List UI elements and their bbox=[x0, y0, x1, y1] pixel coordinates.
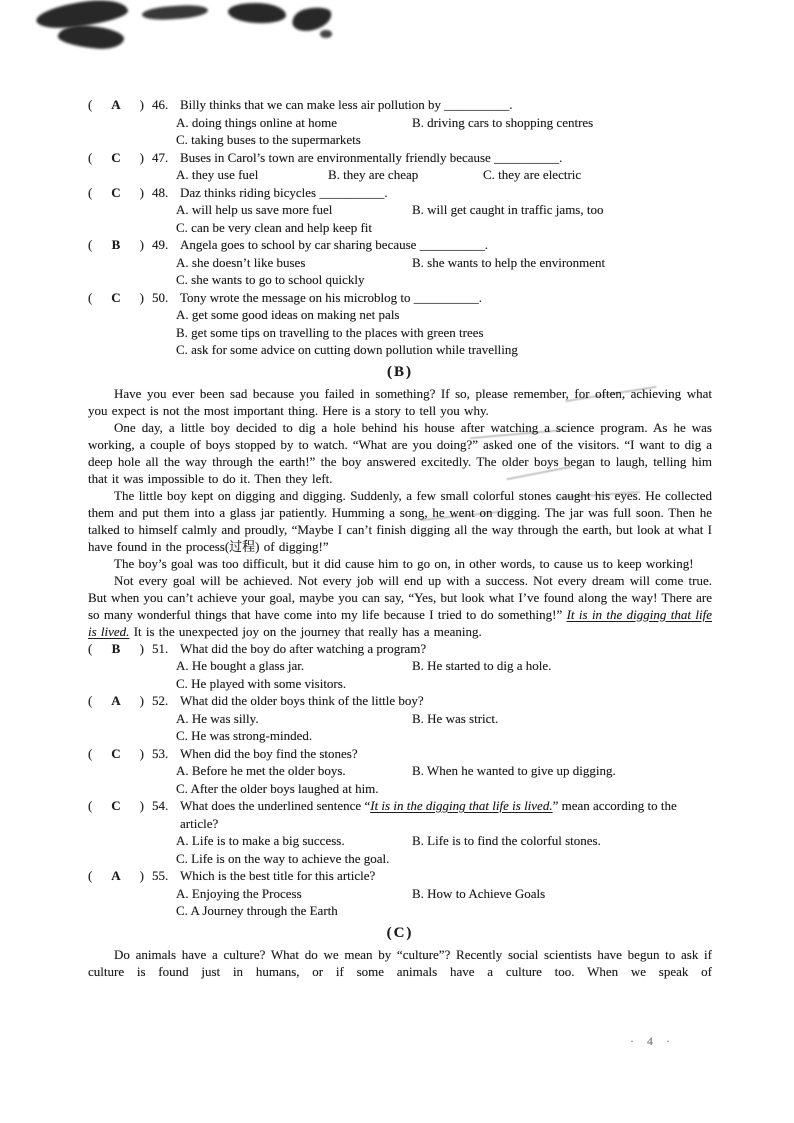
option-b: B. When he wanted to give up digging. bbox=[412, 762, 616, 780]
answer-bracket-open-icon: ( bbox=[88, 867, 92, 885]
page-number: · 4 · bbox=[630, 1034, 675, 1049]
options-row: C. He was strong-minded. bbox=[88, 727, 712, 745]
question-head: (B) 49. Angela goes to school by car sha… bbox=[88, 236, 712, 254]
answer-mark: (C) bbox=[88, 289, 144, 307]
options-row: C. A Journey through the Earth bbox=[88, 902, 712, 920]
answer-bracket-close-icon: ) bbox=[140, 149, 144, 167]
option-c: C. taking buses to the supermarkets bbox=[176, 131, 361, 149]
options-row: C. she wants to go to school quickly bbox=[88, 271, 712, 289]
answer-mark: (C) bbox=[88, 745, 144, 763]
answer-bracket-close-icon: ) bbox=[140, 867, 144, 885]
answer-letter: C bbox=[111, 745, 120, 763]
answer-letter: B bbox=[112, 640, 121, 658]
stem-text: What does the underlined sentence “ bbox=[180, 798, 370, 813]
option-c: C. Life is on the way to achieve the goa… bbox=[176, 850, 389, 868]
passage-c-title: (C) bbox=[88, 922, 712, 944]
answer-mark: (C) bbox=[88, 797, 144, 832]
exam-content: (A) 46. Billy thinks that we can make le… bbox=[88, 96, 712, 980]
option-a: A. Before he met the older boys. bbox=[176, 762, 412, 780]
option-c: C. He was strong-minded. bbox=[176, 727, 312, 745]
answer-bracket-close-icon: ) bbox=[140, 745, 144, 763]
question-number: 47. bbox=[152, 149, 180, 167]
question-head: (A) 46. Billy thinks that we can make le… bbox=[88, 96, 712, 114]
question-number: 50. bbox=[152, 289, 180, 307]
answer-bracket-close-icon: ) bbox=[140, 289, 144, 307]
answer-bracket-open-icon: ( bbox=[88, 640, 92, 658]
question-head: (C) 53. When did the boy find the stones… bbox=[88, 745, 712, 763]
ink-smudge bbox=[142, 4, 209, 22]
underlined-sentence: It is in the digging that life is lived. bbox=[370, 798, 552, 813]
question-head: (C) 54. What does the underlined sentenc… bbox=[88, 797, 712, 832]
option-b: B. He started to dig a hole. bbox=[412, 657, 551, 675]
question-head: (A) 52. What did the older boys think of… bbox=[88, 692, 712, 710]
question-number: 51. bbox=[152, 640, 180, 658]
question-stem: When did the boy find the stones? bbox=[180, 745, 712, 763]
answer-bracket-close-icon: ) bbox=[140, 236, 144, 254]
option-c: C. they are electric bbox=[483, 166, 581, 184]
options-row: C. ask for some advice on cutting down p… bbox=[88, 341, 712, 359]
option-c: C. He played with some visitors. bbox=[176, 675, 346, 693]
option-c: C. can be very clean and help keep fit bbox=[176, 219, 372, 237]
question-head: (C) 47. Buses in Carol’s town are enviro… bbox=[88, 149, 712, 167]
option-b: B. get some tips on travelling to the pl… bbox=[176, 324, 484, 342]
option-a: A. Life is to make a big success. bbox=[176, 832, 412, 850]
question-46: (A) 46. Billy thinks that we can make le… bbox=[88, 96, 712, 149]
options-row: C. Life is on the way to achieve the goa… bbox=[88, 850, 712, 868]
answer-letter: B bbox=[112, 236, 121, 254]
passage-b-title: (B) bbox=[88, 361, 712, 383]
option-b: B. How to Achieve Goals bbox=[412, 885, 545, 903]
passage-b-paragraph-5: Not every goal will be achieved. Not eve… bbox=[88, 572, 712, 640]
passage-b-paragraph-2: One day, a little boy decided to dig a h… bbox=[88, 419, 712, 487]
option-a: A. doing things online at home bbox=[176, 114, 412, 132]
answer-mark: (A) bbox=[88, 692, 144, 710]
question-number: 55. bbox=[152, 867, 180, 885]
option-b: B. they are cheap bbox=[328, 166, 483, 184]
question-number: 46. bbox=[152, 96, 180, 114]
answer-bracket-open-icon: ( bbox=[88, 236, 92, 254]
question-53: (C) 53. When did the boy find the stones… bbox=[88, 745, 712, 798]
options-row: C. can be very clean and help keep fit bbox=[88, 219, 712, 237]
options-row: C. He played with some visitors. bbox=[88, 675, 712, 693]
options-row: A. they use fuel B. they are cheap C. th… bbox=[88, 166, 712, 184]
question-50: (C) 50. Tony wrote the message on his mi… bbox=[88, 289, 712, 359]
options-row: C. taking buses to the supermarkets bbox=[88, 131, 712, 149]
answer-mark: (C) bbox=[88, 149, 144, 167]
scanned-exam-page: { "marks": { "lp": "(", "rp": ")" }, "pa… bbox=[0, 0, 794, 1123]
ink-smudge bbox=[228, 1, 287, 24]
passage-c-paragraph-1: Do animals have a culture? What do we me… bbox=[88, 946, 712, 980]
answer-letter: A bbox=[111, 692, 120, 710]
option-a: A. get some good ideas on making net pal… bbox=[176, 306, 400, 324]
answer-bracket-open-icon: ( bbox=[88, 96, 92, 114]
question-head: (A) 55. Which is the best title for this… bbox=[88, 867, 712, 885]
answer-bracket-close-icon: ) bbox=[140, 640, 144, 658]
answer-mark: (C) bbox=[88, 184, 144, 202]
passage-b-paragraph-1: Have you ever been sad because you faile… bbox=[88, 385, 712, 419]
option-a: A. He bought a glass jar. bbox=[176, 657, 412, 675]
option-c: C. ask for some advice on cutting down p… bbox=[176, 341, 518, 359]
answer-mark: (A) bbox=[88, 96, 144, 114]
answer-mark: (B) bbox=[88, 236, 144, 254]
question-number: 54. bbox=[152, 797, 180, 832]
answer-bracket-close-icon: ) bbox=[140, 96, 144, 114]
passage-b-paragraph-4: The boy’s goal was too difficult, but it… bbox=[88, 555, 712, 572]
question-head: (C) 50. Tony wrote the message on his mi… bbox=[88, 289, 712, 307]
option-a: A. she doesn’t like buses bbox=[176, 254, 412, 272]
options-row: A. Life is to make a big success. B. Lif… bbox=[88, 832, 712, 850]
answer-letter: C bbox=[111, 184, 120, 202]
ink-smudge bbox=[57, 23, 125, 51]
option-b: B. she wants to help the environment bbox=[412, 254, 605, 272]
answer-bracket-open-icon: ( bbox=[88, 797, 92, 832]
answer-letter: C bbox=[111, 797, 120, 832]
answer-bracket-close-icon: ) bbox=[140, 692, 144, 710]
options-row: A. Before he met the older boys. B. When… bbox=[88, 762, 712, 780]
option-b: B. driving cars to shopping centres bbox=[412, 114, 593, 132]
question-stem: Daz thinks riding bicycles __________. bbox=[180, 184, 712, 202]
question-stem: What did the older boys think of the lit… bbox=[180, 692, 712, 710]
options-row: A. Enjoying the Process B. How to Achiev… bbox=[88, 885, 712, 903]
question-stem: Which is the best title for this article… bbox=[180, 867, 712, 885]
option-a: A. He was silly. bbox=[176, 710, 412, 728]
question-head: (B) 51. What did the boy do after watchi… bbox=[88, 640, 712, 658]
options-row: A. she doesn’t like buses B. she wants t… bbox=[88, 254, 712, 272]
question-48: (C) 48. Daz thinks riding bicycles _____… bbox=[88, 184, 712, 237]
question-stem: What did the boy do after watching a pro… bbox=[180, 640, 712, 658]
answer-mark: (A) bbox=[88, 867, 144, 885]
answer-letter: C bbox=[111, 149, 120, 167]
answer-letter: A bbox=[111, 96, 120, 114]
option-a: A. they use fuel bbox=[176, 166, 328, 184]
option-a: A. will help us save more fuel bbox=[176, 201, 412, 219]
question-stem: Angela goes to school by car sharing bec… bbox=[180, 236, 712, 254]
question-54: (C) 54. What does the underlined sentenc… bbox=[88, 797, 712, 867]
answer-letter: A bbox=[111, 867, 120, 885]
option-c: C. she wants to go to school quickly bbox=[176, 271, 365, 289]
question-52: (A) 52. What did the older boys think of… bbox=[88, 692, 712, 745]
options-row: B. get some tips on travelling to the pl… bbox=[88, 324, 712, 342]
question-number: 48. bbox=[152, 184, 180, 202]
answer-bracket-close-icon: ) bbox=[140, 797, 144, 832]
passage-b-paragraph-3: The little boy kept on digging and diggi… bbox=[88, 487, 712, 555]
options-row: A. will help us save more fuel B. will g… bbox=[88, 201, 712, 219]
question-51: (B) 51. What did the boy do after watchi… bbox=[88, 640, 712, 693]
options-row: A. doing things online at home B. drivin… bbox=[88, 114, 712, 132]
answer-mark: (B) bbox=[88, 640, 144, 658]
question-stem: Tony wrote the message on his microblog … bbox=[180, 289, 712, 307]
options-row: A. He was silly. B. He was strict. bbox=[88, 710, 712, 728]
answer-bracket-close-icon: ) bbox=[140, 184, 144, 202]
option-b: B. Life is to find the colorful stones. bbox=[412, 832, 601, 850]
answer-bracket-open-icon: ( bbox=[88, 745, 92, 763]
answer-bracket-open-icon: ( bbox=[88, 692, 92, 710]
question-head: (C) 48. Daz thinks riding bicycles _____… bbox=[88, 184, 712, 202]
option-b: B. will get caught in traffic jams, too bbox=[412, 201, 603, 219]
answer-bracket-open-icon: ( bbox=[88, 184, 92, 202]
question-49: (B) 49. Angela goes to school by car sha… bbox=[88, 236, 712, 289]
question-stem: What does the underlined sentence “It is… bbox=[180, 797, 712, 832]
question-number: 49. bbox=[152, 236, 180, 254]
option-c: C. After the older boys laughed at him. bbox=[176, 780, 379, 798]
paragraph-text: It is the unexpected joy on the journey … bbox=[129, 624, 481, 639]
answer-bracket-open-icon: ( bbox=[88, 149, 92, 167]
option-a: A. Enjoying the Process bbox=[176, 885, 412, 903]
options-row: A. get some good ideas on making net pal… bbox=[88, 306, 712, 324]
question-47: (C) 47. Buses in Carol’s town are enviro… bbox=[88, 149, 712, 184]
answer-letter: C bbox=[111, 289, 120, 307]
options-row: A. He bought a glass jar. B. He started … bbox=[88, 657, 712, 675]
question-number: 53. bbox=[152, 745, 180, 763]
answer-bracket-open-icon: ( bbox=[88, 289, 92, 307]
question-stem: Buses in Carol’s town are environmentall… bbox=[180, 149, 712, 167]
question-55: (A) 55. Which is the best title for this… bbox=[88, 867, 712, 920]
option-c: C. A Journey through the Earth bbox=[176, 902, 338, 920]
question-stem: Billy thinks that we can make less air p… bbox=[180, 96, 712, 114]
options-row: C. After the older boys laughed at him. bbox=[88, 780, 712, 798]
option-b: B. He was strict. bbox=[412, 710, 498, 728]
question-number: 52. bbox=[152, 692, 180, 710]
ink-smudge bbox=[320, 30, 332, 38]
